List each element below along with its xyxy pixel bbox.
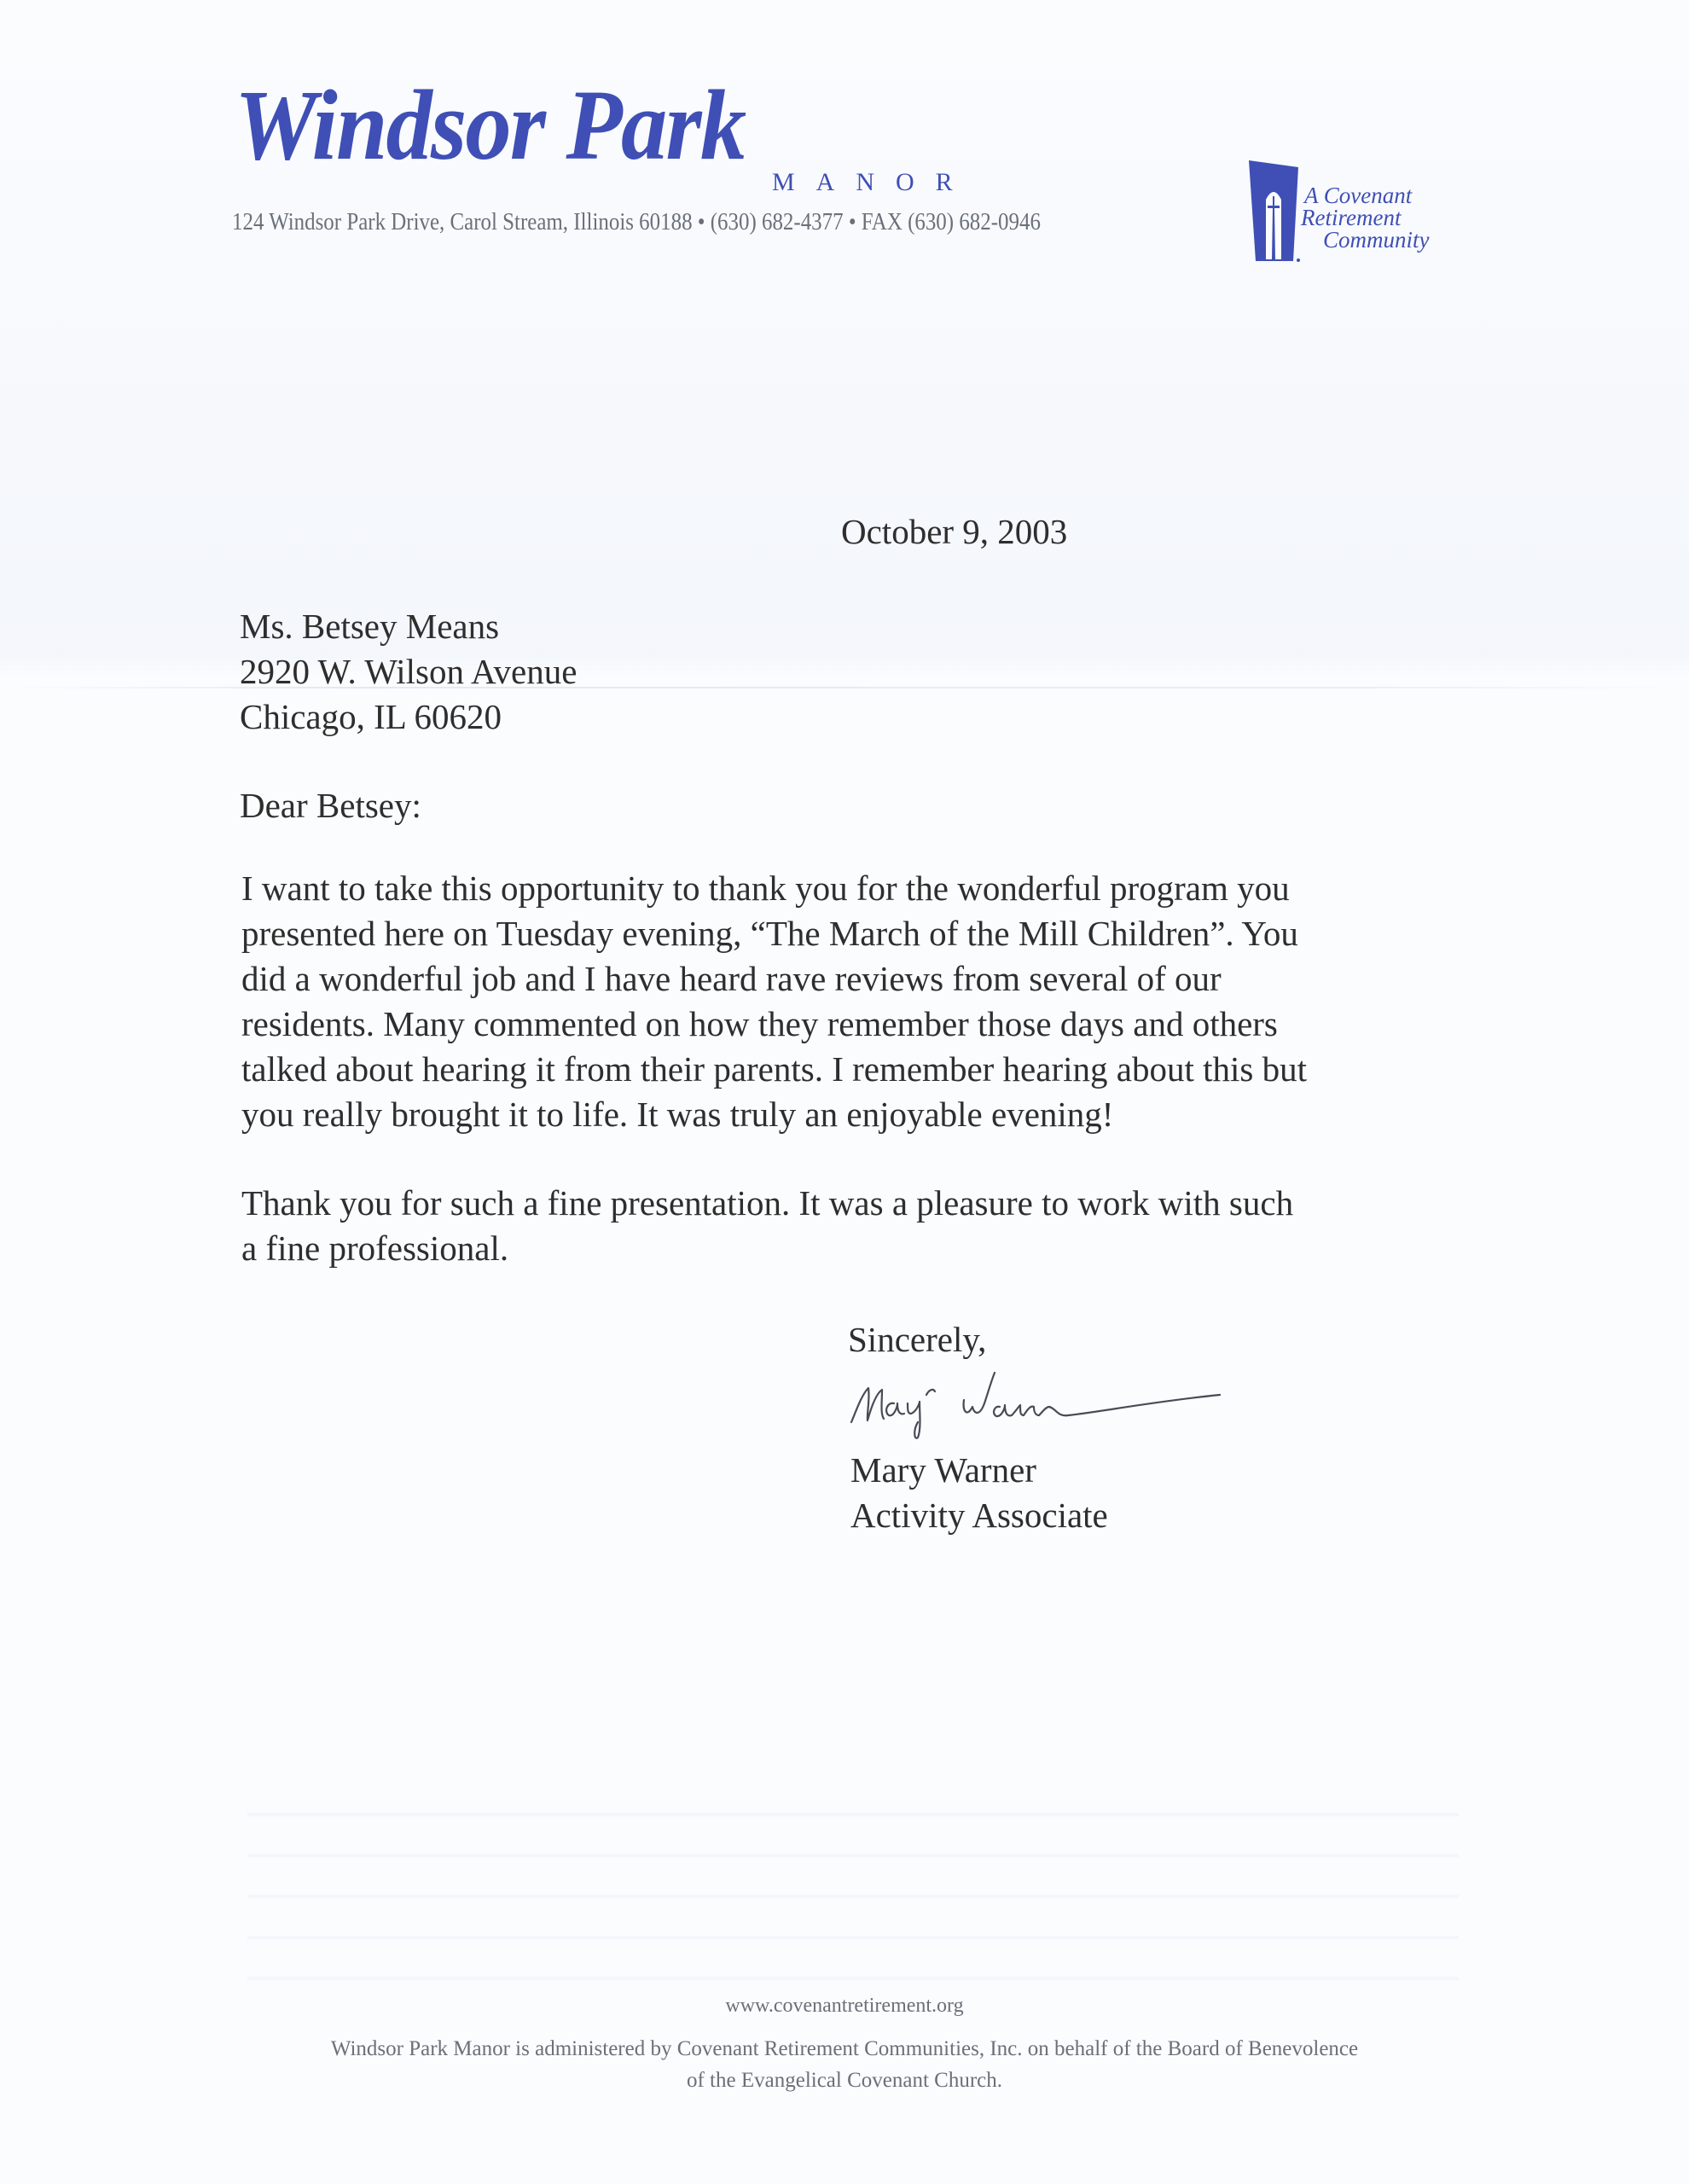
brand-name: Windsor Park: [235, 75, 745, 176]
recipient-street: 2920 W. Wilson Avenue: [240, 649, 577, 694]
footer-line: of the Evangelical Covenant Church.: [0, 2065, 1689, 2096]
body-line: Thank you for such a fine presentation. …: [241, 1181, 1470, 1226]
body-line: presented here on Tuesday evening, “The …: [241, 911, 1470, 956]
signer-name: Mary Warner: [850, 1448, 1108, 1493]
footer-line: Windsor Park Manor is administered by Co…: [0, 2033, 1689, 2065]
handwritten-signature-icon: [844, 1369, 1237, 1442]
body-line: you really brought it to life. It was tr…: [241, 1092, 1470, 1137]
tagline-line: A Covenant: [1301, 184, 1430, 206]
salutation: Dear Betsey:: [240, 783, 421, 828]
closing: Sincerely,: [848, 1317, 986, 1362]
signer-block: Mary Warner Activity Associate: [850, 1448, 1108, 1538]
tagline-line: Retirement: [1301, 206, 1430, 229]
body-paragraph-2: Thank you for such a fine presentation. …: [241, 1181, 1470, 1271]
tagline-line: Community: [1301, 229, 1430, 251]
footer-administration-note: Windsor Park Manor is administered by Co…: [0, 2033, 1689, 2096]
letterhead-address: 124 Windsor Park Drive, Carol Stream, Il…: [232, 208, 1041, 236]
body-line: talked about hearing it from their paren…: [241, 1047, 1470, 1092]
body-line: a fine professional.: [241, 1226, 1470, 1271]
body-line: did a wonderful job and I have heard rav…: [241, 956, 1470, 1002]
covenant-window-cross-icon: [1247, 159, 1307, 265]
brand-suffix: MANOR: [772, 168, 974, 197]
body-line: I want to take this opportunity to thank…: [241, 866, 1470, 911]
recipient-address: Ms. Betsey Means 2920 W. Wilson Avenue C…: [240, 604, 577, 740]
covenant-tagline: A Covenant Retirement Community: [1301, 184, 1430, 251]
letter-date: October 9, 2003: [841, 509, 1067, 555]
body-line: residents. Many commented on how they re…: [241, 1002, 1470, 1047]
footer-website-link[interactable]: www.covenantretirement.org: [0, 1995, 1689, 2018]
paper-show-through: [247, 1787, 1459, 1984]
letter-page: Windsor Park MANOR 124 Windsor Park Driv…: [0, 0, 1689, 2184]
signer-title: Activity Associate: [850, 1493, 1108, 1538]
body-paragraph-1: I want to take this opportunity to thank…: [241, 866, 1470, 1137]
recipient-name: Ms. Betsey Means: [240, 604, 577, 649]
recipient-city: Chicago, IL 60620: [240, 694, 577, 740]
